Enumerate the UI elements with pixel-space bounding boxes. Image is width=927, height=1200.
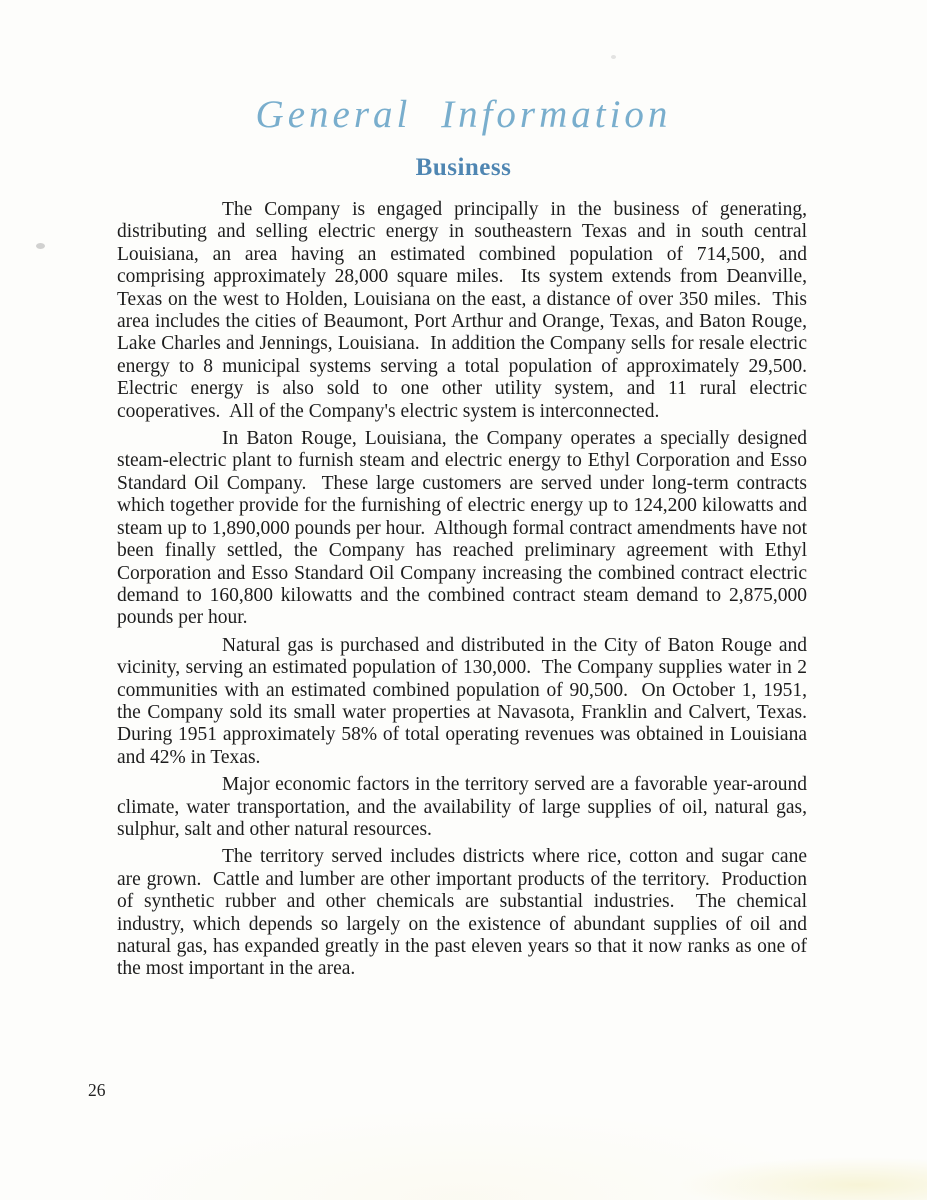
page-number: 26: [88, 1080, 106, 1101]
scan-speck: [36, 243, 45, 249]
paragraph-natural-gas-water: Natural gas is purchased and distributed…: [117, 635, 807, 769]
paragraph-business-overview: The Company is engaged principally in th…: [117, 199, 807, 423]
paragraph-baton-rouge-plant: In Baton Rouge, Louisiana, the Company o…: [117, 428, 807, 630]
scan-speck: [611, 55, 616, 59]
scanned-document-page: General Information Business The Company…: [0, 0, 927, 1200]
body-text-block: The Company is engaged principally in th…: [117, 199, 807, 986]
paragraph-territory-products: The territory served includes districts …: [117, 846, 807, 980]
page-title: General Information: [0, 92, 927, 137]
paragraph-economic-factors: Major economic factors in the territory …: [117, 774, 807, 841]
section-heading-business: Business: [0, 154, 927, 182]
